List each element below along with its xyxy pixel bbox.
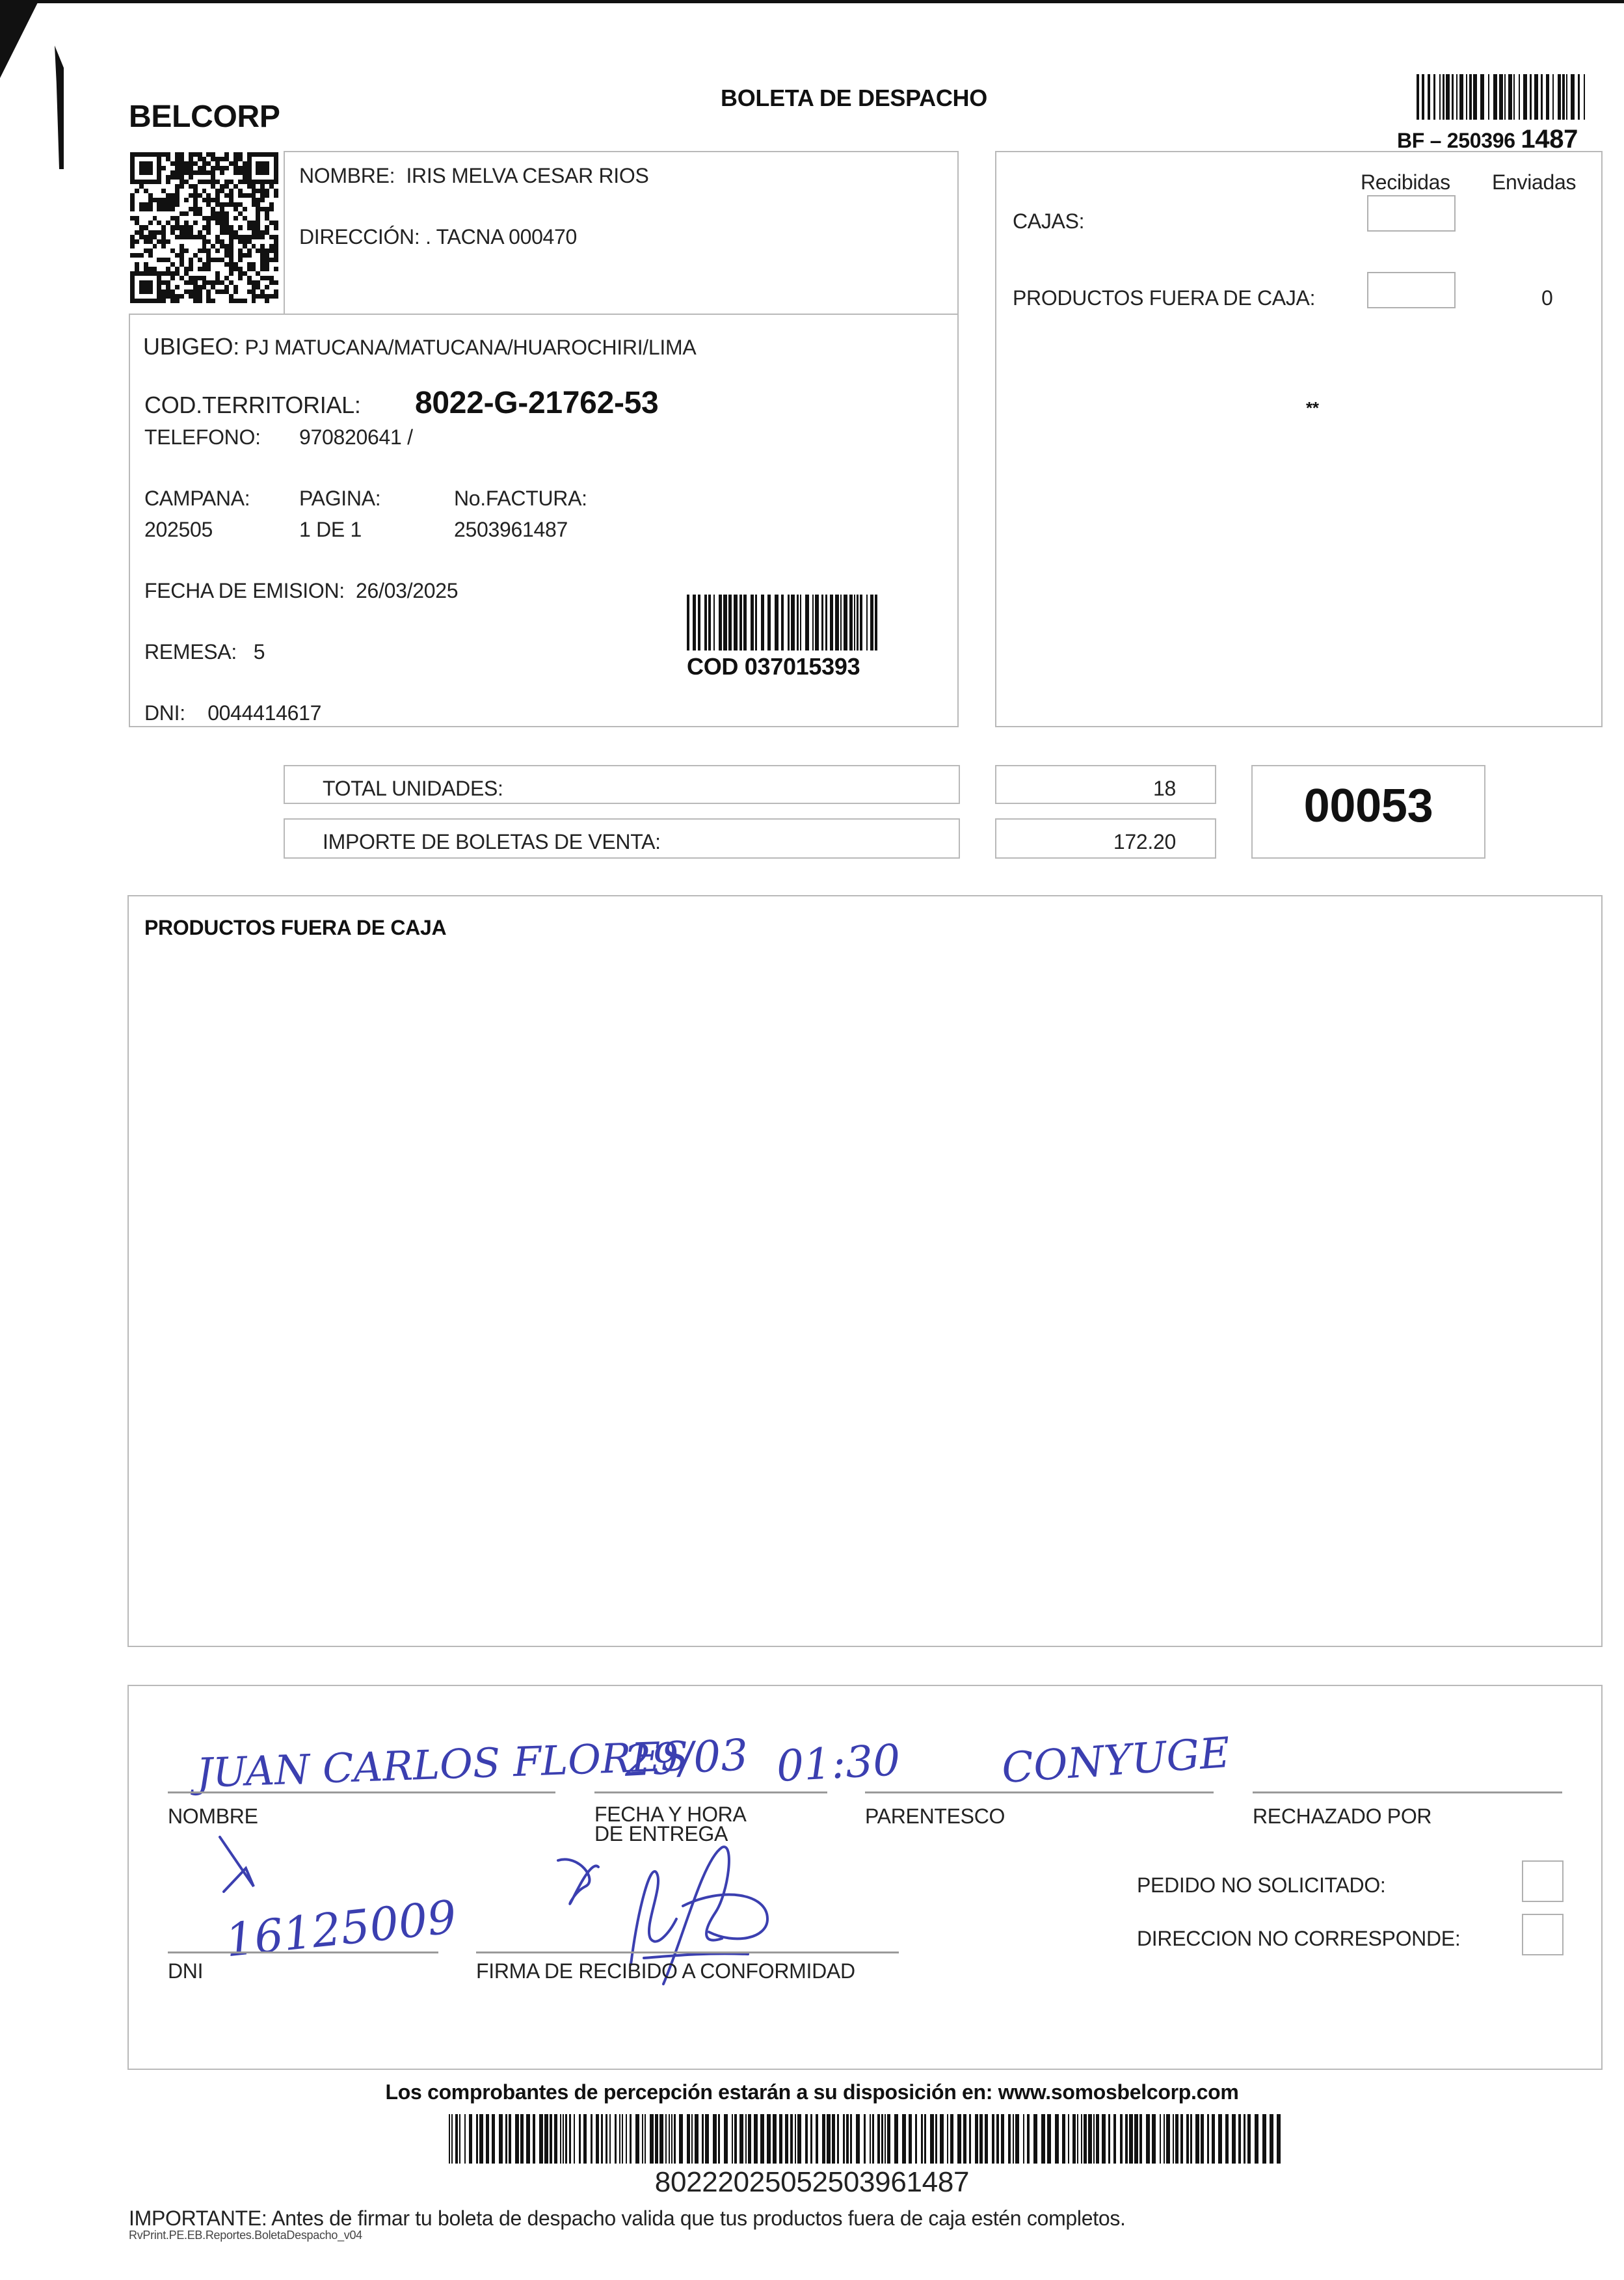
cajas-label: CAJAS:	[1013, 209, 1084, 234]
campana-label: CAMPANA:	[144, 487, 250, 511]
document-number: BF – 250396 1487	[1397, 125, 1578, 154]
remesa-value: 5	[254, 640, 265, 664]
total-unidades-label: TOTAL UNIDADES:	[323, 777, 503, 801]
note-marker: **	[1306, 398, 1319, 418]
brand-logo: BELCORP	[129, 99, 280, 135]
scan-mark	[55, 46, 64, 169]
firma-line	[476, 1951, 899, 1953]
report-id: RvPrint.PE.EB.Reportes.BoletaDespacho_v0…	[129, 2229, 362, 2242]
direccion-field: DIRECCIÓN: . TACNA 000470	[299, 225, 577, 249]
parentesco-label: PARENTESCO	[865, 1804, 1005, 1829]
delivery-time-handwritten: 01:30	[775, 1735, 901, 1791]
dni-mark-handwritten	[215, 1834, 273, 1906]
cod-territorial-value: 8022-G-21762-53	[415, 385, 658, 421]
pagina-value: 1 DE 1	[299, 518, 362, 542]
delivery-date-handwritten: 29/03	[623, 1730, 749, 1786]
dni-field: DNI: 0044414617	[144, 701, 321, 725]
column-enviadas: Enviadas	[1492, 170, 1576, 194]
route-number: 00053	[1251, 779, 1485, 833]
remesa-field: REMESA: 5	[144, 640, 265, 664]
pedido-no-solicitado-label: PEDIDO NO SOLICITADO:	[1137, 1873, 1386, 1898]
column-recibidas: Recibidas	[1361, 170, 1450, 194]
dni-line	[168, 1951, 438, 1953]
cod-barcode	[687, 595, 881, 650]
ubigeo-field: UBIGEO: PJ MATUCANA/MATUCANA/HUAROCHIRI/…	[143, 333, 696, 360]
nombre-line	[168, 1791, 555, 1793]
telefono-label: TELEFONO:	[144, 425, 261, 449]
productos-fuera-de-caja-title: PRODUCTOS FUERA DE CAJA	[144, 916, 446, 940]
productos-enviadas-value: 0	[1541, 286, 1553, 310]
cod-barcode-text: COD 037015393	[687, 653, 860, 680]
total-unidades-value: 18	[995, 777, 1176, 801]
document-barcode	[1417, 74, 1587, 120]
importe-label: IMPORTE DE BOLETAS DE VENTA:	[323, 830, 661, 854]
ubigeo-value: PJ MATUCANA/MATUCANA/HUAROCHIRI/LIMA	[245, 336, 697, 359]
direccion-no-corresponde-checkbox[interactable]	[1522, 1914, 1564, 1955]
fecha-emision-value: 26/03/2025	[356, 579, 458, 602]
dni-value: 0044414617	[207, 701, 321, 725]
rechazado-line	[1253, 1791, 1562, 1793]
productos-recibidas-input[interactable]	[1367, 272, 1456, 308]
cajas-recibidas-input[interactable]	[1367, 195, 1456, 232]
qr-code	[130, 152, 278, 303]
direccion-no-corresponde-label: DIRECCION NO CORRESPONDE:	[1137, 1927, 1460, 1951]
factura-label: No.FACTURA:	[454, 487, 587, 511]
pagina-label: PAGINA:	[299, 487, 380, 511]
document-number-prefix: BF – 250396	[1397, 129, 1515, 152]
firma-label: FIRMA DE RECIBIDO A CONFORMIDAD	[476, 1959, 855, 1983]
document-title: BOLETA DE DESPACHO	[721, 85, 987, 112]
fecha-emision-field: FECHA DE EMISION: 26/03/2025	[144, 579, 458, 603]
customer-address: . TACNA 000470	[425, 225, 577, 248]
rechazado-label: RECHAZADO POR	[1253, 1804, 1431, 1829]
parentesco-line	[865, 1791, 1214, 1793]
nombre-label: NOMBRE	[168, 1804, 258, 1829]
customer-name: IRIS MELVA CESAR RIOS	[406, 164, 648, 187]
fecha-line	[594, 1791, 827, 1793]
pedido-no-solicitado-checkbox[interactable]	[1522, 1860, 1564, 1902]
importe-value: 172.20	[995, 830, 1176, 854]
footer-barcode	[449, 2114, 1284, 2164]
footer-barcode-number: 80222025052503961487	[0, 2166, 1624, 2199]
productos-fuera-de-caja-section	[127, 895, 1603, 1647]
campana-value: 202505	[144, 518, 213, 542]
productos-label: PRODUCTOS FUERA DE CAJA:	[1013, 286, 1315, 310]
dni-label: DNI	[168, 1959, 203, 1983]
cod-territorial-label: COD.TERRITORIAL:	[144, 392, 361, 419]
factura-value: 2503961487	[454, 518, 568, 542]
document-number-suffix: 1487	[1521, 125, 1578, 154]
importante-notice: IMPORTANTE: Antes de firmar tu boleta de…	[129, 2206, 1126, 2231]
comprobantes-notice: Los comprobantes de percepción estarán a…	[0, 2080, 1624, 2104]
telefono-value: 970820641 /	[299, 425, 413, 449]
nombre-field: NOMBRE: IRIS MELVA CESAR RIOS	[299, 164, 649, 188]
scan-corner	[0, 0, 39, 78]
boxes-panel	[995, 151, 1603, 727]
scan-edge	[0, 0, 1624, 3]
